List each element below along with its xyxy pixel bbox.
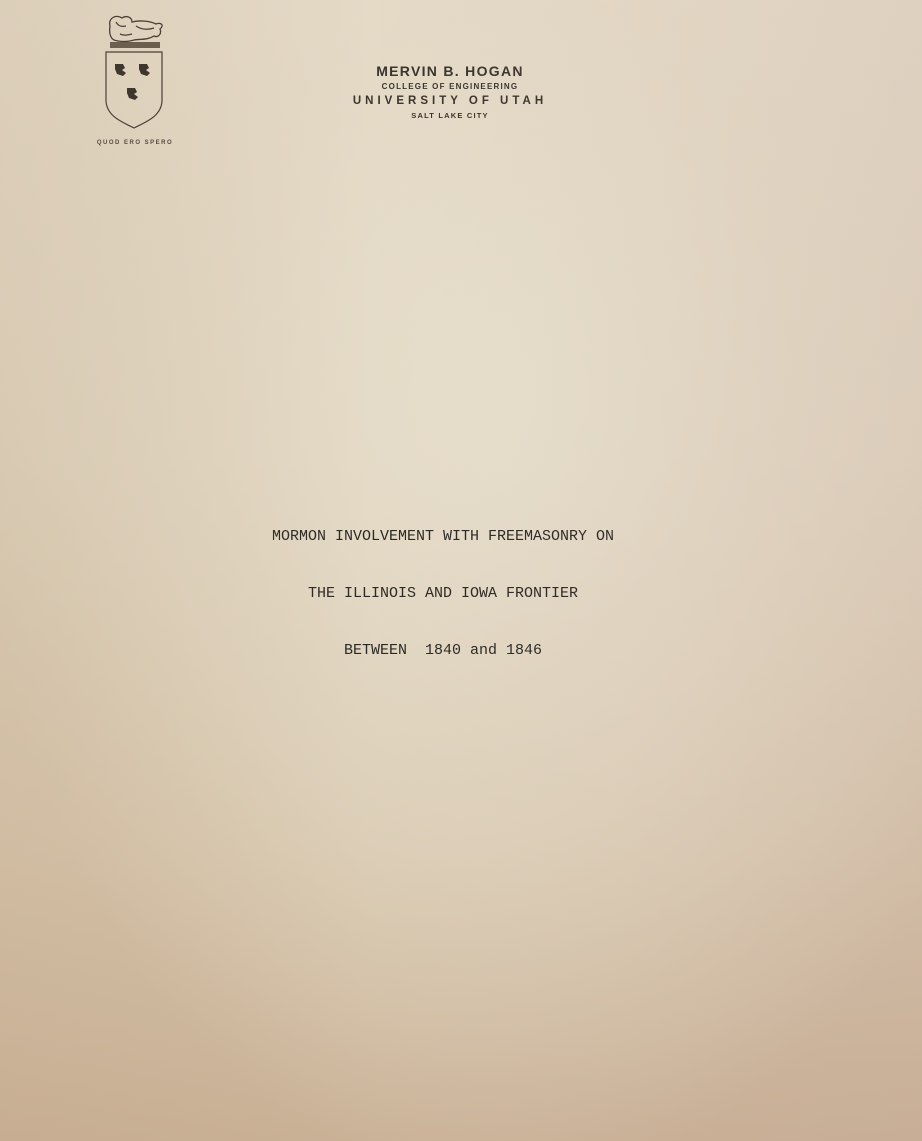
letterhead-name: MERVIN B. HOGAN — [330, 62, 570, 80]
document-page: QUOD ERO SPERO MERVIN B. HOGAN COLLEGE O… — [0, 0, 922, 1141]
title-line-2: THE ILLINOIS AND IOWA FRONTIER — [200, 584, 686, 603]
document-title: MORMON INVOLVEMENT WITH FREEMASONRY ON T… — [200, 489, 686, 698]
title-line-1: MORMON INVOLVEMENT WITH FREEMASONRY ON — [200, 527, 686, 546]
letterhead-department: COLLEGE OF ENGINEERING — [330, 80, 570, 93]
coat-of-arms-icon — [100, 12, 168, 130]
letterhead: MERVIN B. HOGAN COLLEGE OF ENGINEERING U… — [330, 62, 570, 122]
crest-motto: QUOD ERO SPERO — [80, 140, 190, 146]
letterhead-university: UNIVERSITY OF UTAH — [330, 93, 570, 109]
letterhead-city: SALT LAKE CITY — [330, 109, 570, 122]
title-line-3: BETWEEN 1840 and 1846 — [200, 641, 686, 660]
